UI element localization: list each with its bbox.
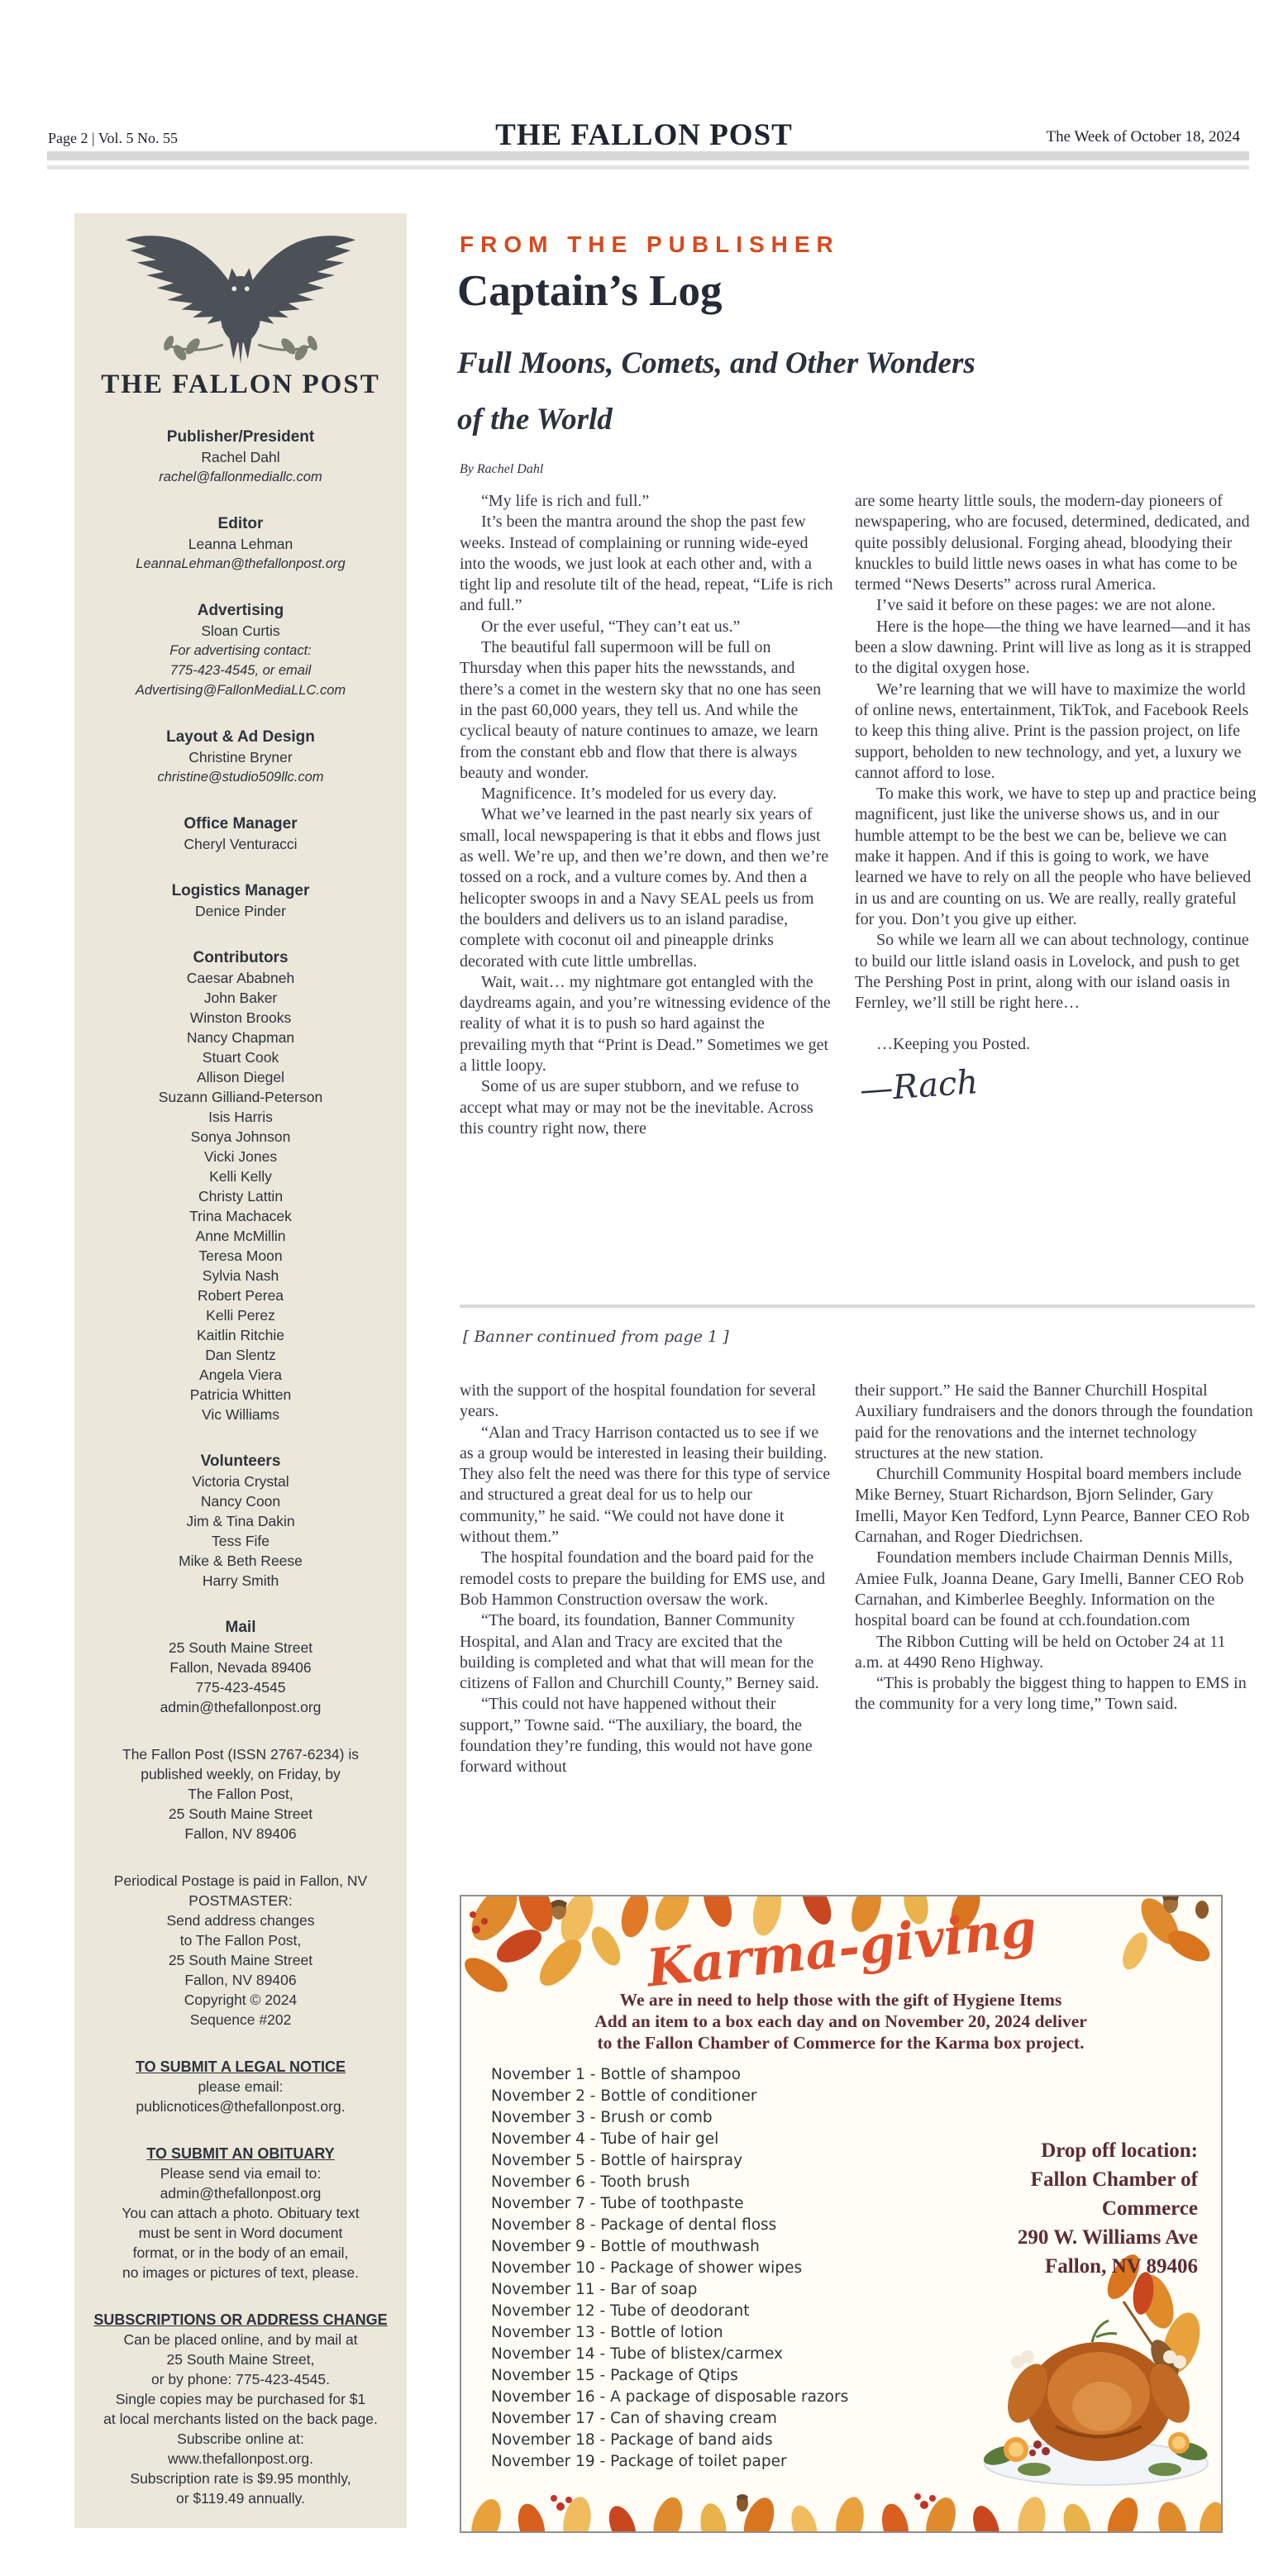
staff-line: Sequence #202: [74, 2010, 407, 2030]
paragraph: To make this work, we have to step up an…: [855, 784, 1257, 930]
staff-line: 775-423-4545, or email: [74, 661, 407, 680]
paragraph: Or the ever useful, “They can’t eat us.”: [460, 617, 833, 637]
header-rule: [47, 151, 1249, 160]
staff-line: Layout & Ad Design: [74, 727, 407, 747]
staff-line: christine@studio509llc.com: [74, 767, 407, 787]
flyer-item: November 12 - Tube of deodorant: [491, 2301, 848, 2322]
owl-logo: [74, 227, 407, 370]
staff-line: publicnotices@thefallonpost.org.: [74, 2097, 407, 2116]
paragraph: are some hearty little souls, the modern…: [855, 491, 1257, 595]
staff-line: Leanna Lehman: [74, 534, 407, 554]
staff-line: Sylvia Nash: [74, 1266, 407, 1286]
staff-line: Mike & Beth Reese: [74, 1551, 407, 1571]
staff-line: For advertising contact:: [74, 641, 407, 661]
staff-line: Sonya Johnson: [74, 1127, 407, 1147]
staff-line: Allison Diegel: [74, 1067, 407, 1087]
staff-line: Send address changes: [74, 1911, 407, 1930]
staff-line: Rachel Dahl: [74, 447, 407, 467]
staff-line: Tess Fife: [74, 1531, 407, 1551]
staff-line: Can be placed online, and by mail at: [74, 2330, 407, 2349]
staff-line: Isis Harris: [74, 1107, 407, 1127]
staff-line: Subscribe online at:: [74, 2429, 407, 2449]
masthead-sidebar: THE FALLON POST Publisher/PresidentRache…: [74, 213, 407, 2528]
signature: —Rach: [859, 1063, 980, 1109]
publisher-article-col2: are some hearty little souls, the modern…: [855, 491, 1257, 1139]
staff-line: Trina Machacek: [74, 1206, 407, 1226]
staff-box: Publisher/PresidentRachel Dahlrachel@fal…: [74, 427, 407, 2508]
publisher-article-col1: “My life is rich and full.”It’s been the…: [460, 491, 833, 1139]
paragraph: It’s been the mantra around the shop the…: [460, 512, 833, 616]
paragraph: “This could not have happened without th…: [460, 1694, 833, 1777]
banner-article-col1: with the support of the hospital foundat…: [460, 1381, 833, 1778]
staff-line: Office Manager: [74, 814, 407, 834]
paragraph: Some of us are super stubborn, and we re…: [460, 1076, 833, 1139]
paragraph: The beautiful fall supermoon will be ful…: [460, 637, 833, 784]
paragraph: “My life is rich and full.”: [460, 491, 833, 512]
staff-line: Publisher/President: [74, 427, 407, 447]
staff-line: Stuart Cook: [74, 1047, 407, 1067]
flyer-item: November 7 - Tube of toothpaste: [491, 2193, 848, 2215]
flyer-item: November 19 - Package of toilet paper: [491, 2451, 848, 2473]
flyer-item: November 15 - Package of Qtips: [491, 2365, 848, 2387]
staff-line: LeannaLehman@thefallonpost.org: [74, 554, 407, 574]
staff-line: Kelli Kelly: [74, 1166, 407, 1186]
paragraph: “Alan and Tracy Harrison contacted us to…: [460, 1423, 833, 1548]
staff-line: Robert Perea: [74, 1286, 407, 1305]
staff-line: please email:: [74, 2077, 407, 2097]
staff-line: Patricia Whitten: [74, 1385, 407, 1405]
issue-date: The Week of October 18, 2024: [1047, 128, 1241, 146]
staff-line: rachel@fallonmediallc.com: [74, 467, 407, 487]
staff-line: Harry Smith: [74, 1571, 407, 1591]
staff-line: The Fallon Post (ISSN 2767-6234) is: [74, 1744, 407, 1764]
section-kicker: FROM THE PUBLISHER: [460, 231, 840, 258]
flyer-dropoff-line: Drop off location:: [917, 2136, 1198, 2165]
staff-line: format, or in the body of an email,: [74, 2243, 407, 2263]
flyer-intro-line: to the Fallon Chamber of Commerce for th…: [476, 2032, 1205, 2054]
staff-line: 775-423-4545: [74, 1677, 407, 1697]
staff-line: or $119.49 annually.: [74, 2488, 407, 2508]
staff-line: Advertising: [74, 601, 407, 621]
autumn-leaves-bottom-icon: [461, 2473, 1221, 2533]
newspaper-page: Page 2 | Vol. 5 No. 55 THE FALLON POST T…: [0, 0, 1288, 2576]
staff-line: Mail: [74, 1618, 407, 1638]
paragraph: Here is the hope—the thing we have learn…: [855, 617, 1257, 680]
staff-line: The Fallon Post,: [74, 1784, 407, 1804]
header-rule-thin: [47, 165, 1249, 169]
flyer-item: November 1 - Bottle of shampoo: [491, 2064, 848, 2086]
staff-line: POSTMASTER:: [74, 1891, 407, 1911]
flyer-item: November 18 - Package of band aids: [491, 2430, 848, 2451]
staff-line: Caesar Ababneh: [74, 968, 407, 988]
flyer-item-list: November 1 - Bottle of shampooNovember 2…: [491, 2064, 848, 2473]
paragraph: their support.” He said the Banner Churc…: [855, 1381, 1257, 1464]
staff-line: published weekly, on Friday, by: [74, 1764, 407, 1784]
flyer-item: November 14 - Tube of blistex/carmex: [491, 2344, 848, 2365]
staff-line: Logistics Manager: [74, 881, 407, 901]
sidebar-masthead: THE FALLON POST: [74, 370, 407, 400]
staff-line: Fallon, NV 89406: [74, 1824, 407, 1844]
flyer-item: November 5 - Bottle of hairspray: [491, 2150, 848, 2172]
staff-line: Winston Brooks: [74, 1008, 407, 1028]
staff-line: Sloan Curtis: [74, 621, 407, 641]
staff-line: Denice Pinder: [74, 901, 407, 921]
staff-line: Subscription rate is $9.95 monthly,: [74, 2469, 407, 2488]
staff-line: Volunteers: [74, 1452, 407, 1472]
staff-line: Anne McMillin: [74, 1226, 407, 1246]
paragraph: with the support of the hospital foundat…: [460, 1381, 833, 1423]
staff-line: 25 South Maine Street: [74, 1804, 407, 1824]
article-subtitle-line1: Full Moons, Comets, and Other Wonders: [457, 346, 976, 381]
article-subtitle-line2: of the World: [457, 402, 613, 437]
staff-line: Suzann Gilliand-Peterson: [74, 1087, 407, 1107]
staff-line: to The Fallon Post,: [74, 1930, 407, 1950]
staff-line: Advertising@FallonMediaLLC.com: [74, 680, 407, 700]
staff-line: or by phone: 775-423-4545.: [74, 2369, 407, 2389]
staff-line: Kelli Perez: [74, 1305, 407, 1325]
staff-line: TO SUBMIT AN OBITUARY: [74, 2144, 407, 2163]
paragraph: Wait, wait… my nightmare got entangled w…: [460, 972, 833, 1076]
paragraph: What we’ve learned in the past nearly si…: [460, 804, 833, 971]
staff-line: TO SUBMIT A LEGAL NOTICE: [74, 2057, 407, 2077]
flyer-item: November 2 - Bottle of conditioner: [491, 2086, 848, 2107]
staff-line: Fallon, Nevada 89406: [74, 1658, 407, 1677]
staff-line: Fallon, NV 89406: [74, 1970, 407, 1990]
karma-giving-flyer: Karma-giving We are in need to help thos…: [460, 1895, 1223, 2533]
staff-line: Periodical Postage is paid in Fallon, NV: [74, 1871, 407, 1891]
staff-line: Editor: [74, 514, 407, 534]
continued-note: [ Banner continued from page 1 ]: [463, 1328, 729, 1346]
flyer-intro: We are in need to help those with the gi…: [476, 1989, 1205, 2054]
staff-line: Vic Williams: [74, 1405, 407, 1424]
turkey-icon: [976, 2311, 1216, 2488]
staff-line: Copyright © 2024: [74, 1990, 407, 2010]
flyer-dropoff: Drop off location:Fallon Chamber ofComme…: [917, 2136, 1198, 2281]
paragraph: “This is probably the biggest thing to h…: [855, 1673, 1257, 1715]
flyer-item: November 3 - Brush or comb: [491, 2107, 848, 2129]
paragraph: Foundation members include Chairman Denn…: [855, 1548, 1257, 1631]
flyer-item: November 8 - Package of dental floss: [491, 2215, 848, 2236]
staff-line: Teresa Moon: [74, 1246, 407, 1266]
staff-line: Kaitlin Ritchie: [74, 1325, 407, 1345]
publisher-article-col2-paras: are some hearty little souls, the modern…: [855, 491, 1257, 1056]
flyer-dropoff-line: Fallon, NV 89406: [917, 2252, 1198, 2281]
staff-line: Please send via email to:: [74, 2163, 407, 2183]
staff-line: Single copies may be purchased for $1: [74, 2389, 407, 2409]
flyer-item: November 16 - A package of disposable ra…: [491, 2387, 848, 2408]
flyer-item: November 17 - Can of shaving cream: [491, 2408, 848, 2430]
staff-line: Angela Viera: [74, 1365, 407, 1385]
staff-line: Vicki Jones: [74, 1147, 407, 1166]
flyer-dropoff-line: 290 W. Williams Ave: [917, 2223, 1198, 2252]
staff-line: admin@thefallonpost.org: [74, 2183, 407, 2203]
staff-line: Dan Slentz: [74, 1345, 407, 1365]
paragraph: The Ribbon Cutting will be held on Octob…: [855, 1632, 1257, 1674]
flyer-dropoff-line: Fallon Chamber of: [917, 2165, 1198, 2194]
paragraph: I’ve said it before on these pages: we a…: [855, 595, 1257, 616]
staff-line: no images or pictures of text, please.: [74, 2263, 407, 2283]
staff-line: You can attach a photo. Obituary text: [74, 2203, 407, 2223]
staff-line: Nancy Chapman: [74, 1028, 407, 1047]
staff-line: Victoria Crystal: [74, 1472, 407, 1491]
flyer-dropoff-line: Commerce: [917, 2194, 1198, 2223]
flyer-item: November 4 - Tube of hair gel: [491, 2129, 848, 2150]
paragraph: …Keeping you Posted.: [855, 1034, 1257, 1055]
staff-line: John Baker: [74, 988, 407, 1008]
byline: By Rachel Dahl: [460, 462, 543, 477]
flyer-item: November 10 - Package of shower wipes: [491, 2258, 848, 2279]
flyer-item: November 13 - Bottle of lotion: [491, 2322, 848, 2344]
paragraph: Churchill Community Hospital board membe…: [855, 1464, 1257, 1548]
staff-line: Cheryl Venturacci: [74, 834, 407, 854]
staff-line: admin@thefallonpost.org: [74, 1697, 407, 1717]
staff-line: 25 South Maine Street: [74, 1950, 407, 1970]
flyer-item: November 6 - Tooth brush: [491, 2172, 848, 2193]
article-title: Captain’s Log: [457, 266, 723, 316]
staff-line: 25 South Maine Street: [74, 1638, 407, 1658]
staff-line: Jim & Tina Dakin: [74, 1511, 407, 1531]
banner-article-col2: their support.” He said the Banner Churc…: [855, 1381, 1257, 1778]
staff-line: SUBSCRIPTIONS OR ADDRESS CHANGE: [74, 2310, 407, 2330]
staff-line: must be sent in Word document: [74, 2223, 407, 2243]
paragraph: “The board, its foundation, Banner Commu…: [460, 1610, 833, 1694]
banner-article-columns: with the support of the hospital foundat…: [460, 1381, 1257, 1778]
flyer-intro-line: We are in need to help those with the gi…: [476, 1989, 1205, 2011]
staff-line: Christine Bryner: [74, 747, 407, 767]
paragraph: So while we learn all we can about techn…: [855, 930, 1257, 1014]
article-divider: [460, 1305, 1255, 1308]
flyer-intro-line: Add an item to a box each day and on Nov…: [476, 2011, 1205, 2032]
paragraph: We’re learning that we will have to maxi…: [855, 680, 1257, 784]
staff-line: Nancy Coon: [74, 1491, 407, 1511]
flyer-item: November 9 - Bottle of mouthwash: [491, 2236, 848, 2258]
paragraph: Magnificence. It’s modeled for us every …: [460, 784, 833, 804]
flyer-item: November 11 - Bar of soap: [491, 2279, 848, 2301]
staff-line: 25 South Maine Street,: [74, 2349, 407, 2369]
staff-line: www.thefallonpost.org.: [74, 2449, 407, 2469]
staff-line: at local merchants listed on the back pa…: [74, 2409, 407, 2429]
staff-line: Christy Lattin: [74, 1186, 407, 1206]
staff-line: Contributors: [74, 948, 407, 968]
publisher-article-columns: “My life is rich and full.”It’s been the…: [460, 491, 1257, 1139]
paragraph: The hospital foundation and the board pa…: [460, 1548, 833, 1610]
